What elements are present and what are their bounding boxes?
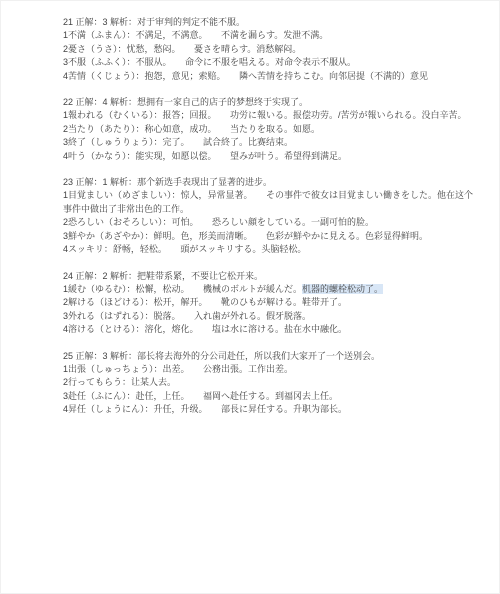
text-line: 3外れる（はずれる）：脱落。 入れ歯が外れる。假牙脱落。 — [63, 310, 469, 323]
text-line: 3赴任（ふにん）：赴任，上任。 福岡へ赴任する。到福冈去上任。 — [63, 390, 469, 403]
text-line: 4叶う（かなう）：能实现，如愿以偿。 望みが叶う。希望得到满足。 — [63, 150, 469, 163]
text-segment: 22 正解：4 解析：想拥有一家自己的店子的梦想终于实现了。 — [63, 97, 308, 107]
text-line: 2行ってもらう：让某人去。 — [63, 376, 469, 389]
text-line: 24 正解：2 解析：把鞋带系紧，不要让它松开来。 — [63, 270, 469, 283]
text-line: 1出張（しゅっちょう）：出差。 公務出張。工作出差。 — [63, 363, 469, 376]
text-line: 4昇任（しょうにん）：升任，升级。 部長に昇任する。升职为部长。 — [63, 403, 469, 416]
text-line: 23 正解：1 解析：那个新选手表现出了显著的进步。 — [63, 176, 469, 189]
text-line: 25 正解：3 解析：部长将去海外的分公司赴任，所以我们大家开了一个送别会。 — [63, 350, 469, 363]
text-segment: 事件中做出了非常出色的工作。 — [63, 204, 189, 214]
text-line: 2当たり（あたり）：称心如意，成功。 当たりを取る。如愿。 — [63, 123, 469, 136]
text-segment: 3鮮やか（あざやか）：鲜明。色，形美而清晰。 色彩が鮮やかに見える。色彩显得鲜明… — [63, 231, 428, 241]
text-line: 事件中做出了非常出色的工作。 — [63, 203, 469, 216]
text-segment: 25 正解：3 解析：部长将去海外的分公司赴任，所以我们大家开了一个送别会。 — [63, 351, 380, 361]
text-line: 1緩む（ゆるむ）：松懈，松动。 機械のボルトが緩んだ。机器的螺栓松动了。 — [63, 283, 469, 296]
text-segment: 2恐ろしい（おそろしい）：可怕。 恐ろしい顔をしている。一副可怕的脸。 — [63, 217, 374, 227]
text-segment: 2行ってもらう：让某人去。 — [63, 377, 176, 387]
text-line: 1不満（ふまん）：不满足，不满意。 不満を漏らす。发泄不满。 — [63, 29, 469, 42]
answer-section-24: 24 正解：2 解析：把鞋带系紧，不要让它松开来。1緩む（ゆるむ）：松懈，松动。… — [63, 270, 469, 337]
answer-section-21: 21 正解：3 解析：对于审判的判定不能不服。1不満（ふまん）：不满足，不满意。… — [63, 16, 469, 83]
text-segment: 1出張（しゅっちょう）：出差。 公務出張。工作出差。 — [63, 364, 293, 374]
text-segment: 1目覚ましい（めざましい）：惊人，异常显著。 その事件で彼女は目覚ましい働きをし… — [63, 190, 473, 200]
text-line: 1目覚ましい（めざましい）：惊人，异常显著。 その事件で彼女は目覚ましい働きをし… — [63, 189, 469, 202]
text-segment: 1報われる（むくいる）：报答；回报。 功労に報いる。报偿功劳。/苦労が報いられる… — [63, 110, 467, 120]
text-segment: 3外れる（はずれる）：脱落。 入れ歯が外れる。假牙脱落。 — [63, 311, 311, 321]
text-line: 22 正解：4 解析：想拥有一家自己的店子的梦想终于实现了。 — [63, 96, 469, 109]
text-segment: 2憂さ（うさ）：忧愁，愁闷。 憂さを晴らす。消愁解闷。 — [63, 44, 301, 54]
text-segment: 1不満（ふまん）：不满足，不满意。 不満を漏らす。发泄不满。 — [63, 30, 328, 40]
text-line: 4苦情（くじょう）：抱怨，意见；索赔。 隣へ苦情を持ちこむ。向邻居提（不满的）意… — [63, 70, 469, 83]
document-page: 21 正解：3 解析：对于审判的判定不能不服。1不満（ふまん）：不满足，不满意。… — [0, 0, 500, 594]
text-line: 3終了（しゅうりょう）：完了。 試合終了。比赛结束。 — [63, 136, 469, 149]
text-segment: 24 正解：2 解析：把鞋带系紧，不要让它松开来。 — [63, 271, 263, 281]
text-segment: 2解ける（ほどける）：松开，解开。 靴のひもが解ける。鞋带开了。 — [63, 297, 347, 307]
text-line: 21 正解：3 解析：对于审判的判定不能不服。 — [63, 16, 469, 29]
text-segment: 2当たり（あたり）：称心如意，成功。 当たりを取る。如愿。 — [63, 124, 320, 134]
text-segment: 4溶ける（とける）：溶化，熔化。 塩は水に溶ける。盐在水中融化。 — [63, 324, 347, 334]
text-segment: 4スッキリ：舒畅，轻松。 頭がスッキリする。头脑轻松。 — [63, 244, 306, 254]
text-segment: 3赴任（ふにん）：赴任，上任。 福岡へ赴任する。到福冈去上任。 — [63, 391, 338, 401]
text-line: 2解ける（ほどける）：松开，解开。 靴のひもが解ける。鞋带开了。 — [63, 296, 469, 309]
text-line: 1報われる（むくいる）：报答；回报。 功労に報いる。报偿功劳。/苦労が報いられる… — [63, 109, 469, 122]
text-line: 2恐ろしい（おそろしい）：可怕。 恐ろしい顔をしている。一副可怕的脸。 — [63, 216, 469, 229]
text-line: 2憂さ（うさ）：忧愁，愁闷。 憂さを晴らす。消愁解闷。 — [63, 43, 469, 56]
text-segment: 4叶う（かなう）：能实现，如愿以偿。 望みが叶う。希望得到满足。 — [63, 151, 347, 161]
text-line: 3鮮やか（あざやか）：鲜明。色，形美而清晰。 色彩が鮮やかに見える。色彩显得鲜明… — [63, 230, 469, 243]
text-segment: 23 正解：1 解析：那个新选手表现出了显著的进步。 — [63, 177, 272, 187]
text-segment: 4昇任（しょうにん）：升任，升级。 部長に昇任する。升职为部长。 — [63, 404, 347, 414]
text-segment: 21 正解：3 解析：对于审判的判定不能不服。 — [63, 17, 245, 27]
text-line: 3不服（ふふく）：不服从。 命令に不服を唱える。对命令表示不服从。 — [63, 56, 469, 69]
text-line: 4スッキリ：舒畅，轻松。 頭がスッキリする。头脑轻松。 — [63, 243, 469, 256]
text-segment: 4苦情（くじょう）：抱怨，意见；索赔。 隣へ苦情を持ちこむ。向邻居提（不满的）意… — [63, 71, 428, 81]
answer-section-22: 22 正解：4 解析：想拥有一家自己的店子的梦想终于实现了。1報われる（むくいる… — [63, 96, 469, 163]
answer-section-23: 23 正解：1 解析：那个新选手表现出了显著的进步。1目覚ましい（めざましい）：… — [63, 176, 469, 256]
text-segment: 1緩む（ゆるむ）：松懈，松动。 機械のボルトが緩んだ。 — [63, 284, 302, 294]
text-segment: 3不服（ふふく）：不服从。 命令に不服を唱える。对命令表示不服从。 — [63, 57, 356, 67]
answer-section-25: 25 正解：3 解析：部长将去海外的分公司赴任，所以我们大家开了一个送别会。1出… — [63, 350, 469, 417]
document-body: 21 正解：3 解析：对于审判的判定不能不服。1不満（ふまん）：不满足，不满意。… — [63, 16, 469, 430]
highlighted-text: 机器的螺栓松动了。 — [302, 284, 383, 294]
text-segment: 3終了（しゅうりょう）：完了。 試合終了。比赛结束。 — [63, 137, 293, 147]
text-line: 4溶ける（とける）：溶化，熔化。 塩は水に溶ける。盐在水中融化。 — [63, 323, 469, 336]
